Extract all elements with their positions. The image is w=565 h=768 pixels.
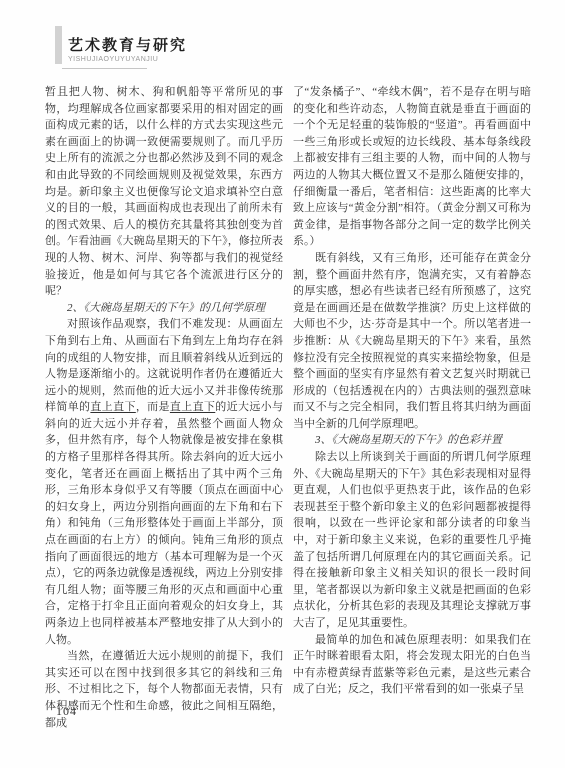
text-columns: 暂且把人物、树木、狗和帆船等平常所见的事物，均理解成各位画家都要采用的相对固定的… bbox=[45, 84, 531, 731]
body-paragraph: 暂且把人物、树木、狗和帆船等平常所见的事物，均理解成各位画家都要采用的相对固定的… bbox=[45, 84, 283, 300]
left-column: 暂且把人物、树木、狗和帆船等平常所见的事物，均理解成各位画家都要采用的相对固定的… bbox=[45, 84, 283, 731]
header-accent-bar bbox=[55, 26, 62, 64]
body-paragraph: 当然，在遵循近大远小规则的前提下，我们其实还可以在图中找到很多其它的斜线和三角形… bbox=[45, 648, 283, 731]
right-column: 了“发条橘子”、“牵线木偶”，若不是存在明与暗的变化和些许动态，人物简直就是垂直… bbox=[293, 84, 531, 731]
journal-title-pinyin: YISHUJIAOYUYUYANJIU bbox=[68, 56, 187, 63]
body-paragraph: 除去以上所谈到关于画面的所谓几何学原理外、《大碗岛星期天的下午》其色彩表现相对显… bbox=[293, 449, 531, 632]
body-paragraph: 既有斜线，又有三角形，还可能存在黄金分割，整个画面井然有序，饱满充实，又有着静态… bbox=[293, 250, 531, 433]
body-paragraph: 对照该作品观察，我们不难发现：从画面左下角到右上角、从画面右下角到左上角均存在斜… bbox=[45, 316, 283, 648]
journal-header: 艺术教育与研究 YISHUJIAOYUYUYANJIU bbox=[55, 25, 187, 63]
body-paragraph: 了“发条橘子”、“牵线木偶”，若不是存在明与暗的变化和些许动态，人物简直就是垂直… bbox=[293, 84, 531, 250]
journal-title: 艺术教育与研究 bbox=[68, 37, 187, 55]
scanned-page: 艺术教育与研究 YISHUJIAOYUYUYANJIU 暂且把人物、树木、狗和帆… bbox=[0, 0, 565, 768]
header-rule bbox=[62, 68, 147, 69]
page-number: 104 bbox=[56, 704, 77, 719]
journal-header-text: 艺术教育与研究 YISHUJIAOYUYUYANJIU bbox=[68, 37, 187, 63]
section-heading-color: 3、《大碗岛星期天的下午》的色彩并置 bbox=[293, 432, 531, 449]
section-heading-geometry: 2、《大碗岛星期天的下午》的几何学原理 bbox=[45, 300, 283, 317]
body-paragraph: 最简单的加色和减色原理表明：如果我们在正午时眯着眼看太阳，将会发现太阳光的白色当… bbox=[293, 632, 531, 698]
